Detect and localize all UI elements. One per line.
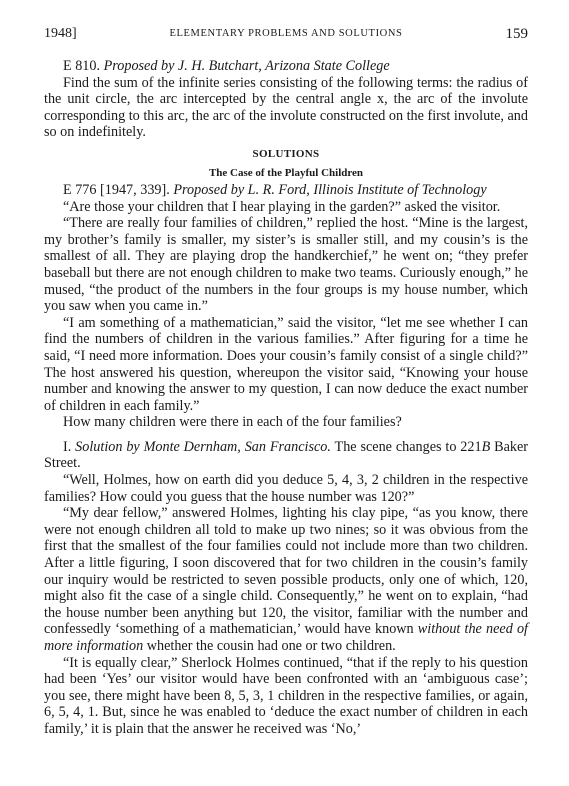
e776-heading: E 776 [1947, 339]. Proposed by L. R. For… bbox=[44, 182, 528, 199]
solution-1-paragraph: “It is equally clear,” Sherlock Holmes c… bbox=[44, 655, 528, 738]
solution-1-intro-text: The scene changes to 221 bbox=[331, 439, 482, 455]
e776-question: How many children were there in each of … bbox=[44, 414, 528, 431]
solution-1-label: I. bbox=[63, 439, 71, 455]
spacer bbox=[44, 431, 528, 439]
solution-1-text: whether the cousin had one or two childr… bbox=[143, 638, 396, 654]
problem-e810-heading: E 810. Proposed by J. H. Butchart, Arizo… bbox=[44, 58, 528, 75]
solution-1-byline: Solution by Monte Dernham, San Francisco… bbox=[75, 439, 331, 455]
solutions-heading: SOLUTIONS bbox=[44, 145, 528, 163]
e776-paragraph: “Are those your children that I hear pla… bbox=[44, 199, 528, 216]
page-number: 159 bbox=[506, 26, 529, 43]
running-head-title: ELEMENTARY PROBLEMS AND SOLUTIONS bbox=[44, 28, 528, 39]
running-head: 1948] ELEMENTARY PROBLEMS AND SOLUTIONS … bbox=[44, 26, 528, 44]
e776-label: E 776 [1947, 339]. bbox=[63, 182, 170, 198]
solution-1-intro-italic: B bbox=[482, 439, 491, 455]
solution-1-text: “My dear fellow,” answered Holmes, light… bbox=[44, 505, 528, 637]
e776-paragraph: “I am something of a mathematician,” sai… bbox=[44, 315, 528, 415]
e776-proposer: Proposed by L. R. Ford, Illinois Institu… bbox=[173, 182, 486, 198]
solution-1-intro: I. Solution by Monte Dernham, San Franci… bbox=[44, 439, 528, 472]
page-body: E 810. Proposed by J. H. Butchart, Arizo… bbox=[44, 58, 528, 738]
problem-e810-text: Find the sum of the infinite series cons… bbox=[44, 75, 528, 141]
e776-paragraph: “There are really four families of child… bbox=[44, 215, 528, 315]
solution-1-paragraph: “My dear fellow,” answered Holmes, light… bbox=[44, 505, 528, 654]
solution-1-paragraph: “Well, Holmes, how on earth did you dedu… bbox=[44, 472, 528, 505]
problem-e810-label: E 810. bbox=[63, 58, 100, 74]
e776-title: The Case of the Playful Children bbox=[44, 164, 528, 182]
problem-e810-proposer: Proposed by J. H. Butchart, Arizona Stat… bbox=[104, 58, 390, 74]
